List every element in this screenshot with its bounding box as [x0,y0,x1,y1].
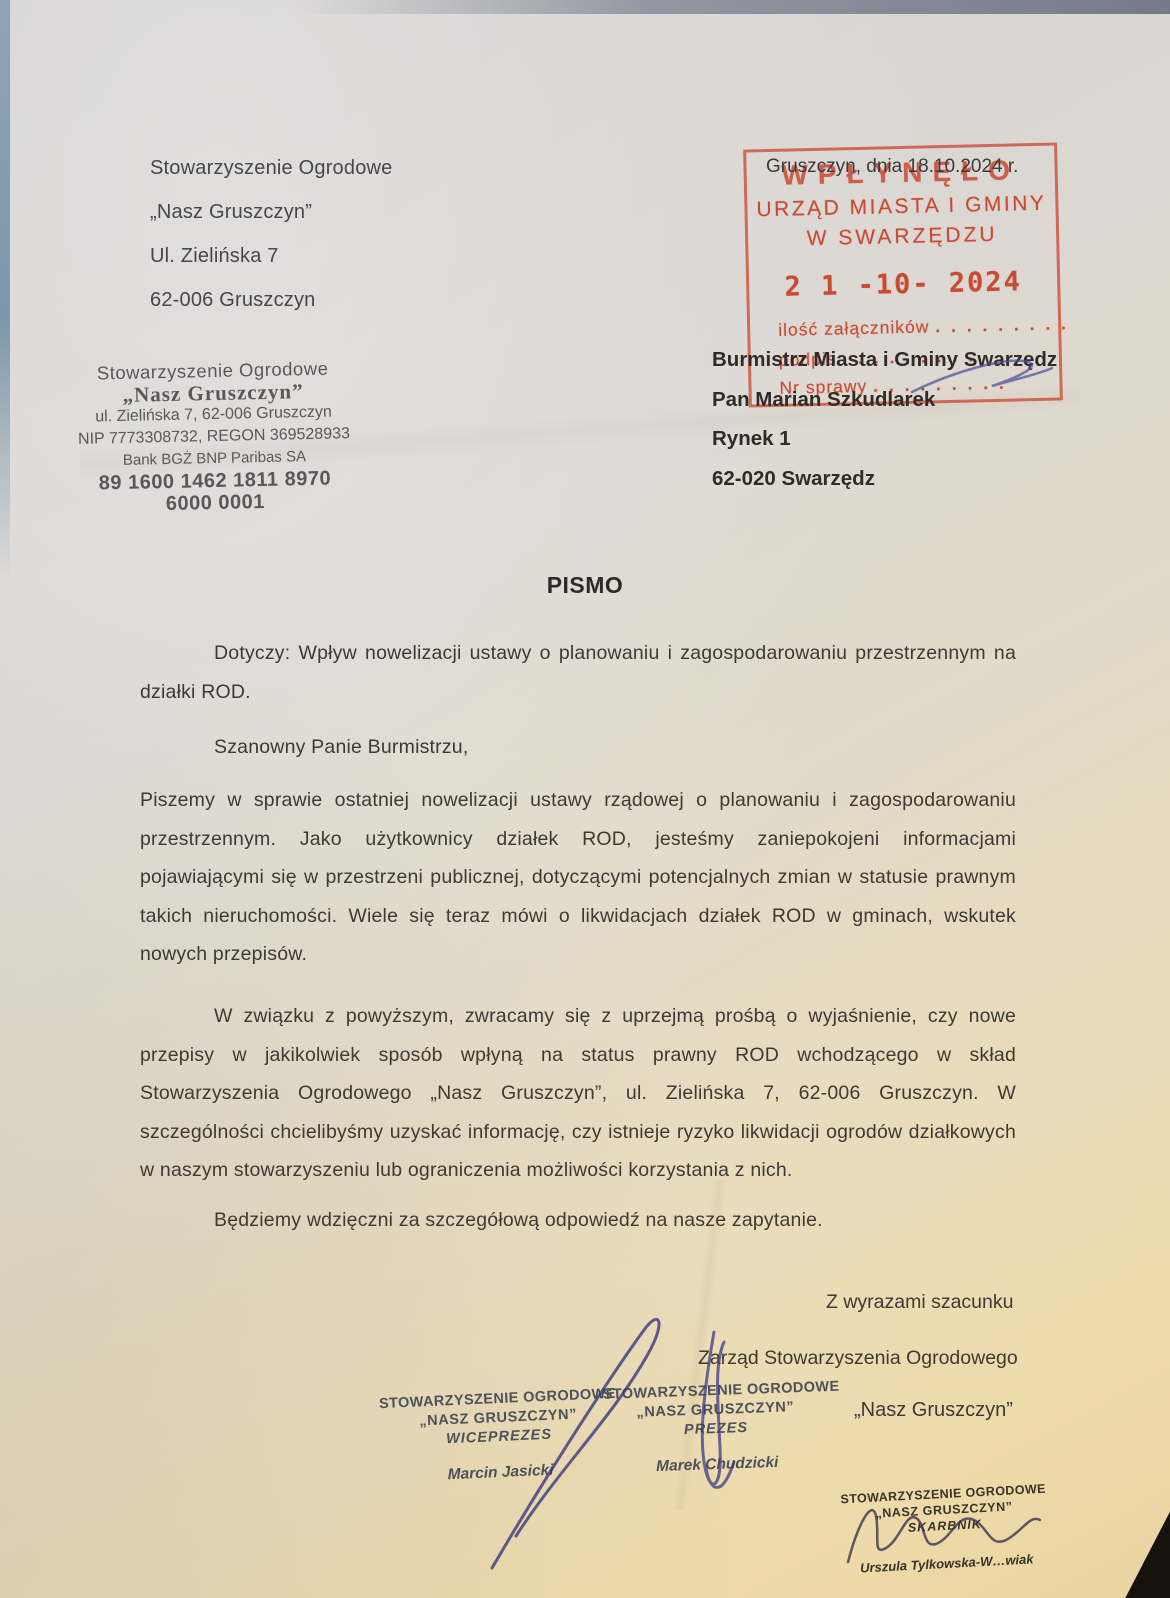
dotted-line: . . . . . . . . . [935,313,1069,336]
sender-line: 62-006 Gruszczyn [150,278,393,322]
recipient-line: Burmistrz Miasta i Gminy Swarzędz [712,340,1057,380]
letter-title: PISMO [0,572,1170,599]
recipient-line: Rynek 1 [712,419,1057,459]
recipient-address: Burmistrz Miasta i Gminy Swarzędz Pan Ma… [712,340,1057,498]
closing-org-name: „Nasz Gruszczyn” [854,1399,1013,1422]
salutation: Szanowny Panie Burmistrzu, [140,728,1016,767]
sender-line: Stowarzyszenie Ogrodowe [150,146,393,190]
letter-photo: Stowarzyszenie Ogrodowe „Nasz Gruszczyn”… [0,0,1170,1598]
body-paragraph-2: W związku z powyższym, zwracamy się z up… [140,997,1016,1190]
body-paragraph-1: Piszemy w sprawie ostatniej nowelizacji … [140,781,1016,974]
recipient-line: Pan Marian Szkudlarek [712,380,1057,420]
org-stamp-account-number: 89 1600 1462 1811 8970 6000 0001 [79,467,352,517]
stamp-prezes: STOWARZYSZENIE OGRODOWE „NASZ GRUSZCZYN”… [602,1378,829,1478]
subject-paragraph: Dotyczy: Wpływ nowelizacji ustawy o plan… [140,634,1016,711]
photo-background-left-edge [0,0,10,580]
stamp-viceprezes: STOWARZYSZENIE OGRODOWE „NASZ GRUSZCZYN”… [376,1385,622,1487]
attachments-label: ilość załączników [778,316,930,339]
date-line: Gruszczyn, dnia 18.10.2024 r. [766,156,1018,178]
received-stamp-city: W SWARZĘDZU [748,222,1056,253]
received-stamp-date: 2 1 -10- 2024 [749,266,1058,304]
photo-background-top-edge [0,0,1170,14]
closing-board: Zarząd Stowarzyszenia Ogrodowego [698,1347,1018,1370]
stamp-skarbnik: STOWARZYSZENIE OGRODOWE „NASZ GRUSZCZYN”… [834,1480,1056,1577]
sender-address: Stowarzyszenie Ogrodowe „Nasz Gruszczyn”… [150,146,393,322]
received-stamp-office: URZĄD MIASTA I GMINY [747,192,1055,223]
org-stamp: Stowarzyszenie Ogrodowe „Nasz Gruszczyn”… [76,357,351,517]
body-paragraph-3: Będziemy wdzięczni za szczegółową odpowi… [140,1201,1016,1240]
closing-respect: Z wyrazami szacunku [826,1291,1013,1314]
recipient-line: 62-020 Swarzędz [712,459,1057,499]
received-stamp-attachments-field: ilość załączników . . . . . . . . . [778,313,1069,341]
sender-line: „Nasz Gruszczyn” [150,190,393,234]
sender-line: Ul. Zielińska 7 [150,234,393,278]
